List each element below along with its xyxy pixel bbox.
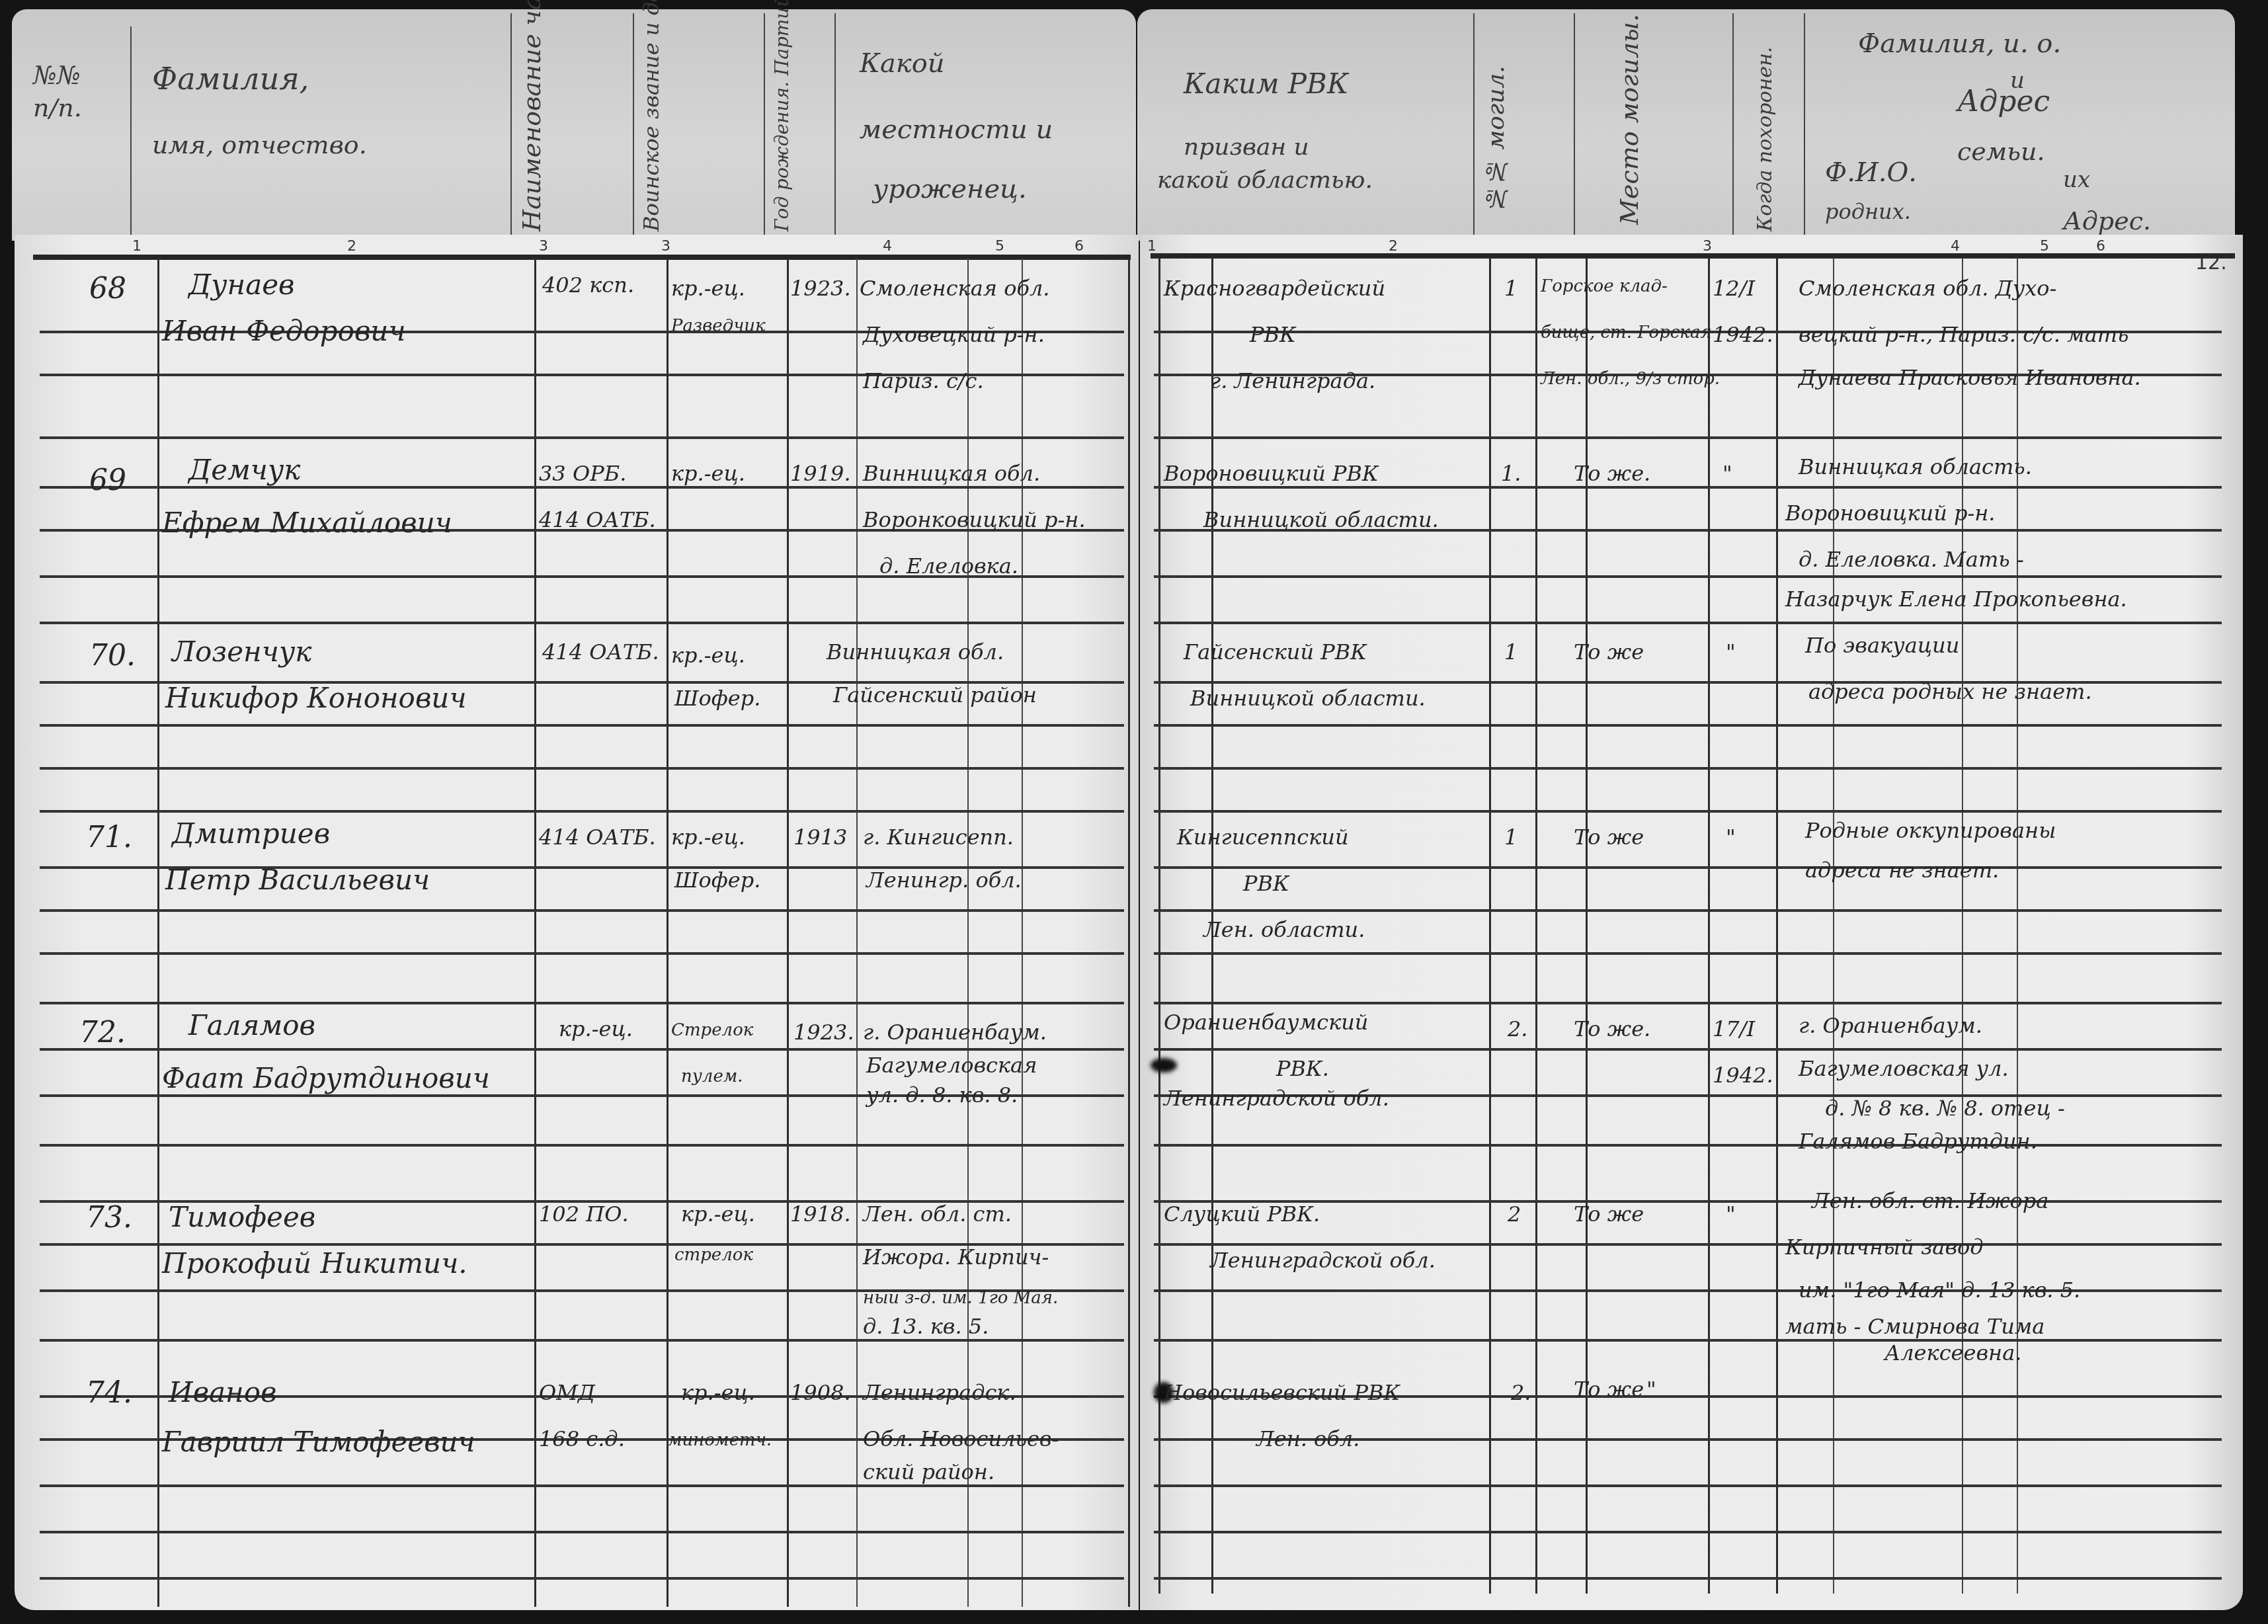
record-birthplace: г. Ораниенбаум. [863,1022,1047,1043]
record-family: Лен. обл. ст. Ижора [1812,1190,2048,1211]
column-number: 4 [883,238,892,255]
record-rank: кр.-ец. [671,645,745,666]
record-given-name: Никифор Кононович [165,684,467,712]
header-divider [834,13,836,238]
record-unit: 414 ОАТБ. [539,827,656,848]
header-col-family-8: Адрес. [2063,205,2151,237]
column-divider [1708,258,1710,1594]
row-rule [1154,575,2222,578]
record-surname: Дунаев [188,271,295,299]
header-divider [1574,13,1575,238]
row-rule [40,1002,1124,1004]
record-rvk: Гайсенский РВК [1184,641,1367,663]
record-unit: кр.-ец. [559,1018,633,1039]
record-grave-no: 1. [1501,463,1521,484]
record-grave-place: бище, ст. Горская [1541,324,1712,341]
record-rvk: Лен. области. [1203,919,1365,940]
record-rvk: РВК [1250,324,1296,345]
record-given-name: Гавриил Тимофеевич [162,1428,475,1456]
row-rule [1154,952,2222,955]
header-col-family-3: Адрес [1957,83,2050,120]
record-rvk: Ленинградской обл. [1210,1250,1436,1271]
column-divider [1489,258,1491,1594]
column-divider [1776,258,1778,1594]
record-unit: 33 ОРБ. [539,463,626,484]
page-edge [1128,258,1130,1607]
column-number: 4 [1951,238,1960,255]
record-grave-place: То же [1574,1379,1644,1400]
record-unit: ОМД [539,1382,595,1403]
record-year: 1923. [793,1022,854,1043]
record-rank: кр.-ец. [671,827,745,848]
record-birthplace: Винницкая обл. [863,463,1040,484]
record-rvk: г. Ленинграда. [1210,370,1375,391]
record-buried: " [1646,1379,1656,1400]
record-unit: 414 ОАТБ. [542,641,659,663]
header-col-num: №№ п/п. [33,60,112,125]
record-grave-no: 2. [1511,1382,1531,1403]
row-rule [40,436,1124,439]
record-unit: 402 ксп. [542,274,634,296]
record-rvk: Слуцкий РВК. [1164,1203,1320,1225]
row-rule [40,1048,1124,1051]
record-birthplace: Обл. Новосильев- [863,1428,1059,1449]
record-surname: Дмитриев [172,820,330,848]
record-family: Вороновицкий р-н. [1785,503,1995,524]
record-grave-place: То же [1574,827,1644,848]
record-family: адреса родных не знает. [1808,681,2092,702]
row-rule [1154,1144,2222,1147]
column-divider [1535,258,1537,1594]
record-given-name: Петр Васильевич [165,866,430,894]
row-rule [40,767,1124,770]
record-role: Шофер. [674,688,760,709]
record-year: 1918. [790,1203,851,1225]
column-divider [157,258,159,1607]
record-buried: " [1726,1203,1736,1225]
row-rule [40,1577,1124,1580]
record-rank: кр.-ец. [681,1203,755,1225]
record-rvk: Кингисеппский [1177,827,1349,848]
record-grave-no: 1 [1504,827,1518,848]
record-buried-date: 12/I [1713,278,1755,299]
record-buried-year: 1942. [1713,1065,1773,1086]
record-grave-no: 1 [1504,641,1518,663]
record-rank: Стрелок [671,1022,753,1039]
record-family: Багумеловская ул. [1799,1058,2009,1079]
record-role: минометч. [668,1432,772,1449]
header-col-grave-no: №№ могил. [1481,66,1512,212]
record-buried: " [1722,463,1732,484]
header-col-family-5: Ф.И.О. [1825,155,1917,190]
record-birthplace: д. Елеловка. [879,555,1018,577]
record-grave-no: 2. [1508,1018,1528,1039]
record-rvk: Винницкой области. [1203,509,1439,530]
row-rule [40,1484,1124,1487]
record-rvk: Ораниенбаумский [1164,1012,1368,1033]
record-birthplace: Ижора. Кирпич- [863,1246,1049,1268]
record-surname: Демчук [188,456,300,484]
header-divider [1804,13,1805,238]
header-divider [764,13,765,238]
row-rule [40,952,1124,955]
record-surname: Иванов [169,1379,277,1406]
record-birthplace: Лен. обл. ст. [863,1203,1012,1225]
record-family: Смоленская обл. Духо- [1799,278,2056,299]
record-birthplace: Винницкая обл. [827,641,1004,663]
record-birthplace: Духовецкий р-н. [863,324,1045,345]
record-birthplace: г. Кингисепп. [863,827,1014,848]
header-col-when: Когда похоронен. [1752,20,1778,231]
record-unit: 414 ОАТБ. [539,509,656,530]
record-family: Дунаева Прасковья Ивановна. [1799,367,2141,388]
row-rule [1154,866,2222,869]
row-rule [1154,1048,2222,1051]
header-col-rvk-3: какой областью. [1157,165,1373,196]
record-rank: кр.-ец. [671,463,745,484]
header-col-family-4: семьи. [1957,136,2045,168]
record-family: вецкий р-н., Париз. с/с. мать [1799,324,2129,345]
record-birthplace: Смоленская обл. [860,278,1049,299]
record-birthplace: Гайсенский район [833,684,1037,706]
header-col-name-2: имя, отчество. [152,129,367,161]
header-col-year: Год рождения. Партийность [770,20,794,231]
record-year: 1923. [790,278,851,299]
record-birthplace: ный з-д. им. 1го Мая. [863,1289,1058,1307]
record-role: пулем. [681,1068,743,1085]
record-unit: 168 с.д. [539,1428,625,1449]
record-rvk: Новосильевский РВК [1164,1382,1400,1403]
record-buried: " [1726,641,1736,663]
record-year: 1913 [793,827,847,848]
header-col-place-1: Какой [860,46,945,81]
record-year: 1919. [790,463,851,484]
record-num: 69 [89,466,126,495]
column-number: 1 [1147,238,1156,255]
record-rank: кр.-ец. [681,1382,755,1403]
record-grave-no: 2 [1508,1203,1521,1225]
row-rule [1154,767,2222,770]
row-rule [1154,486,2222,489]
row-rule [1154,622,2222,624]
record-num: 72. [79,1018,126,1047]
record-num: 74. [86,1379,132,1408]
record-surname: Лозенчук [172,638,311,666]
record-buried-date: 17/I [1713,1018,1755,1039]
row-rule [1154,436,2222,439]
record-birthplace: ский район. [863,1461,994,1482]
record-birthplace: Париз. с/с. [863,370,984,391]
table-top-rule [33,255,1131,260]
record-family: Кирпичный завод [1785,1237,1984,1258]
row-rule [1154,810,2222,813]
header-divider [1732,13,1734,238]
ink-blot [1151,1058,1177,1073]
record-birthplace: Ленингр. обл. [866,870,1022,891]
header-col-grave-place: Место могилы. [1613,53,1646,225]
row-rule [40,486,1124,489]
record-grave-place: То же. [1574,1018,1650,1039]
record-given-name: Иван Федорович [162,317,406,345]
header-col-family-7: их [2063,165,2090,194]
record-year: 1908. [790,1382,851,1403]
header-col-family-1: Фамилия, и. о. [1858,26,2061,61]
row-rule [1154,1484,2222,1487]
row-rule [1154,1339,2222,1342]
record-birthplace: д. 13. кв. 5. [863,1316,989,1337]
record-given-name: Ефрем Михайлович [162,509,452,537]
record-role: Шофер. [674,870,760,891]
column-number: 3 [661,238,670,255]
column-number: 6 [1074,238,1084,255]
header-divider [1473,13,1475,238]
record-num: 73. [86,1203,132,1233]
record-buried: " [1726,827,1736,848]
record-num: 68 [89,274,126,304]
record-grave-place: То же [1574,641,1644,663]
record-family: Алексеевна. [1884,1342,2021,1363]
record-family: мать - Смирнова Тима [1785,1316,2045,1337]
header-col-rvk-1: Каким РВК [1184,66,1348,102]
record-rvk: РВК. [1276,1058,1329,1079]
record-surname: Тимофеев [169,1203,315,1231]
record-birthplace: Воронковицкий р-н. [863,509,1086,530]
record-role: стрелок [674,1246,753,1264]
column-divider [1022,258,1023,1607]
record-grave-place: То же. [1574,463,1650,484]
record-family: Винницкая область. [1799,456,2032,477]
column-number: 5 [995,238,1004,255]
column-number: 5 [2040,238,2049,255]
record-family: По эвакуации [1805,635,1959,656]
header-col-rvk-2: призван и [1184,132,1309,163]
record-family: адреса не знает. [1805,860,1999,881]
column-divider [534,258,536,1607]
record-num: 70. [89,641,136,670]
row-rule [1154,1002,2222,1004]
record-family: д. Елеловка. Мать - [1799,549,2024,570]
row-rule [1154,724,2222,727]
record-unit: 102 ПО. [539,1203,629,1225]
header-divider [633,13,634,238]
row-rule [40,810,1124,813]
record-family: им. "1го Мая" д. 13 кв. 5. [1799,1279,2080,1301]
record-birthplace: Ленинградск. [863,1382,1016,1403]
record-rvk: Лен. обл. [1256,1428,1359,1449]
header-col-name-1: Фамилия, [152,60,309,99]
record-surname: Галямов [188,1012,315,1039]
header-divider [130,26,132,238]
record-grave-place: Горское клад- [1541,278,1668,295]
record-rank: кр.-ец. [671,278,745,299]
record-grave-place: Лен. обл., 9/з стор. [1541,370,1720,387]
record-family: д. № 8 кв. № 8. отец - [1825,1098,2065,1119]
record-role: Разведчик [671,317,766,335]
record-family: Галямов Бадрутдин. [1799,1131,2037,1152]
column-number: 3 [1703,238,1712,255]
row-rule [40,1144,1124,1147]
column-number: 2 [347,238,356,255]
row-rule [40,622,1124,624]
header-col-unit: Наименование части [516,26,548,231]
record-grave-place: То же [1574,1203,1644,1225]
row-rule [1154,1531,2222,1533]
row-rule [1154,1243,2222,1246]
row-rule [40,724,1124,727]
record-rvk: Красногвардейский [1164,278,1385,299]
row-rule [40,1531,1124,1533]
column-divider [787,258,789,1607]
record-family: Назарчук Елена Прокопьевна. [1785,589,2127,610]
column-divider [856,258,858,1607]
column-number: 2 [1389,238,1398,255]
record-rvk: Ленинградской обл. [1164,1088,1389,1109]
record-given-name: Прокофий Никитич. [162,1250,467,1278]
column-divider [667,258,668,1607]
record-rvk: Винницкой области. [1190,688,1426,709]
header-divider [510,13,512,238]
header-col-place-3: уроженец. [873,172,1027,206]
record-birthplace: Багумеловская [866,1055,1037,1076]
record-rvk: РВК [1243,873,1289,894]
record-rvk: Вороновицкий РВК [1164,463,1379,484]
record-grave-no: 1 [1504,278,1518,299]
column-number: 6 [2096,238,2105,255]
record-buried-year: 1942. [1713,324,1773,345]
record-birthplace: ул. д. 8. кв. 8. [866,1084,1018,1106]
row-rule [40,1339,1124,1342]
record-family: г. Ораниенбаум. [1799,1015,1982,1036]
row-rule [1154,909,2222,912]
column-number: 1 [132,238,142,255]
record-given-name: Фаат Бадрутдинович [162,1065,490,1092]
record-num: 71. [86,823,132,852]
table-top-rule [1151,253,2235,259]
row-rule [40,909,1124,912]
header-col-rank: Воинское звание и должность. [638,26,666,231]
column-number: 3 [539,238,548,255]
header-col-place-2: местности и [860,112,1053,147]
row-rule [1154,1577,2222,1580]
header-col-family-6: родних. [1825,198,1911,226]
record-family: Родные оккупированы [1805,820,2056,841]
